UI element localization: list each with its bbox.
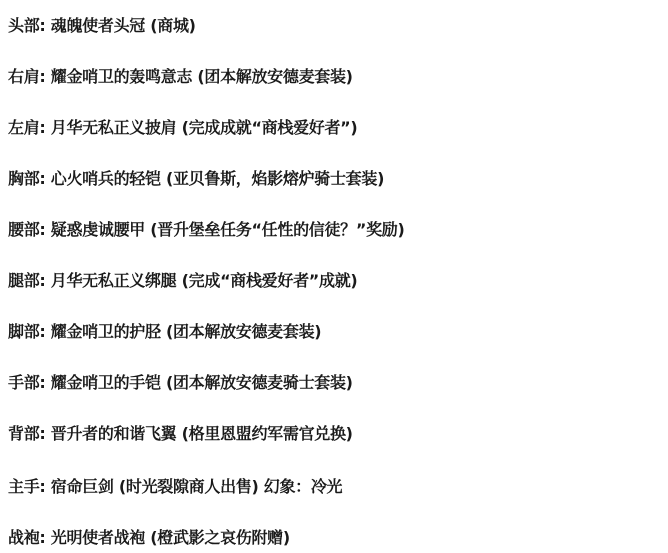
list-item-chest: 胸部: 心火哨兵的轻铠 (亚贝鲁斯，焰影熔炉骑士套装) bbox=[8, 169, 384, 189]
item-text: 月华无私正义绑腿 (完成“商栈爱好者”成就) bbox=[51, 271, 358, 290]
list-item-legs: 腿部: 月华无私正义绑腿 (完成“商栈爱好者”成就) bbox=[8, 271, 357, 291]
list-item-head: 头部: 魂魄使者头冠 (商城) bbox=[8, 16, 196, 36]
item-text: 晋升者的和谐飞翼 (格里恩盟约军需官兑换) bbox=[51, 424, 353, 443]
slot-label: 背部 bbox=[8, 424, 39, 443]
list-item-right-shoulder: 右肩: 耀金哨卫的轰鸣意志 (团本解放安德麦套装) bbox=[8, 67, 353, 87]
separator: : bbox=[39, 477, 50, 496]
item-text: 魂魄使者头冠 (商城) bbox=[51, 16, 196, 35]
list-item-feet: 脚部: 耀金哨卫的护胫 (团本解放安德麦套装) bbox=[8, 322, 321, 342]
separator: : bbox=[39, 220, 50, 239]
item-text: 光明使者战袍 (橙武影之哀伤附赠) bbox=[51, 528, 290, 547]
slot-label: 手部 bbox=[8, 373, 39, 392]
separator: : bbox=[39, 271, 50, 290]
item-text: 宿命巨剑 (时光裂隙商人出售) 幻象：冷光 bbox=[51, 477, 342, 496]
list-item-waist: 腰部: 疑惑虔诚腰甲 (晋升堡垒任务“任性的信徒？”奖励) bbox=[8, 220, 405, 240]
slot-label: 腰部 bbox=[8, 220, 39, 239]
separator: : bbox=[39, 16, 50, 35]
item-text: 耀金哨卫的轰鸣意志 (团本解放安德麦套装) bbox=[51, 67, 353, 86]
item-text: 疑惑虔诚腰甲 (晋升堡垒任务“任性的信徒？”奖励) bbox=[51, 220, 405, 239]
separator: : bbox=[39, 322, 50, 341]
separator: : bbox=[39, 118, 50, 137]
separator: : bbox=[39, 169, 50, 188]
slot-label: 右肩 bbox=[8, 67, 39, 86]
list-item-left-shoulder: 左肩: 月华无私正义披肩 (完成成就“商栈爱好者”) bbox=[8, 118, 357, 138]
item-text: 耀金哨卫的护胫 (团本解放安德麦套装) bbox=[51, 322, 322, 341]
list-item-tabard: 战袍: 光明使者战袍 (橙武影之哀伤附赠) bbox=[8, 528, 290, 548]
separator: : bbox=[39, 373, 50, 392]
separator: : bbox=[39, 424, 50, 443]
list-item-main-hand: 主手: 宿命巨剑 (时光裂隙商人出售) 幻象：冷光 bbox=[8, 477, 342, 497]
separator: : bbox=[39, 528, 50, 547]
slot-label: 主手 bbox=[8, 477, 39, 496]
item-text: 心火哨兵的轻铠 (亚贝鲁斯，焰影熔炉骑士套装) bbox=[51, 169, 384, 188]
slot-label: 腿部 bbox=[8, 271, 39, 290]
slot-label: 左肩 bbox=[8, 118, 39, 137]
slot-label: 胸部 bbox=[8, 169, 39, 188]
slot-label: 战袍 bbox=[8, 528, 39, 547]
list-item-back: 背部: 晋升者的和谐飞翼 (格里恩盟约军需官兑换) bbox=[8, 424, 353, 444]
slot-label: 脚部 bbox=[8, 322, 39, 341]
item-text: 月华无私正义披肩 (完成成就“商栈爱好者”) bbox=[51, 118, 358, 137]
item-text: 耀金哨卫的手铠 (团本解放安德麦骑士套装) bbox=[51, 373, 353, 392]
transmog-list-document: 头部: 魂魄使者头冠 (商城) 右肩: 耀金哨卫的轰鸣意志 (团本解放安德麦套装… bbox=[0, 0, 668, 553]
slot-label: 头部 bbox=[8, 16, 39, 35]
list-item-hands: 手部: 耀金哨卫的手铠 (团本解放安德麦骑士套装) bbox=[8, 373, 353, 393]
separator: : bbox=[39, 67, 50, 86]
